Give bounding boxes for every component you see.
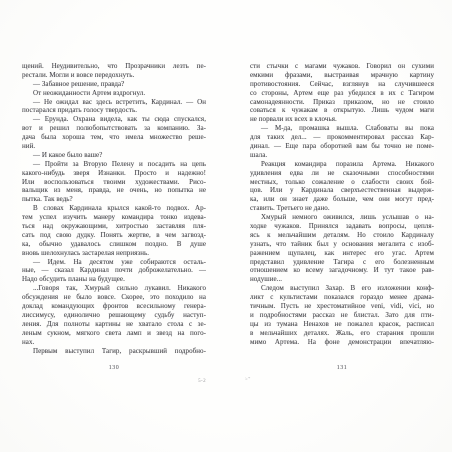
text-line: Первым выступил Тагир, раскрывший подроб… <box>22 347 206 356</box>
right-page-text: сти стычки с магами чужаков. Говорил он … <box>250 62 434 347</box>
text-line: удивления едва ли не сказочными способно… <box>250 169 434 178</box>
text-line: емкими фразами, выстраивая мрачную карти… <box>250 71 434 80</box>
text-line: нах. <box>22 338 206 347</box>
left-page-text: щений. Неудивительно, что Прозрачники ле… <box>22 62 206 355</box>
text-line: Хмурый немного оживился, лишь услышав о … <box>250 213 434 222</box>
text-line: ходке чужаков. Принялся задавать вопросы… <box>250 222 434 231</box>
text-line: пытка. Так ведь? <box>22 195 206 204</box>
text-line: нодушие... <box>250 275 434 284</box>
left-page-number: 130 <box>22 365 206 371</box>
text-line: представил удивление Тагира с его болезн… <box>250 258 434 267</box>
text-line: постарался придать голосу твердость. <box>22 106 206 115</box>
text-line: тичным. Пусть не хрестоматийное veni, vi… <box>250 302 434 311</box>
text-line: обсуждения не было вовсе. Скорее, это по… <box>22 293 206 302</box>
text-line: ражением щупалец, как интерес его угас. … <box>250 249 434 258</box>
text-line: ликт с культистами показался гораздо мен… <box>250 293 434 302</box>
text-line: дача была хороша тем, что имела множеств… <box>22 133 206 142</box>
text-line: доклад командующих фронтов всесильному г… <box>22 302 206 311</box>
text-line: — Идем. На десятом уже собираются осталь… <box>22 258 206 267</box>
text-line: и подробностями рассказ не блистал. Зато… <box>250 311 434 320</box>
text-line: для таких дел... — прокомментировал расс… <box>250 133 434 142</box>
text-line: вальщик из меня, правда, не очень, но по… <box>22 186 206 195</box>
right-signature-mark: 5* <box>245 377 251 382</box>
text-line: цы из тумана Ненахов не пожалел красок, … <box>250 320 434 329</box>
text-line: В словах Кардинала крылся какой-то подво… <box>22 204 206 213</box>
text-line: соваться к чужакам в открытую. Лишь чудо… <box>250 106 434 115</box>
book-spread-scan: щений. Неудивительно, что Прозрачники ле… <box>0 0 452 452</box>
text-line: противостояния. Сейчас, взглянув на случ… <box>250 80 434 89</box>
text-line: — Пройти за Вторую Пелену и посадить на … <box>22 160 206 169</box>
text-line: — И какое было ваше? <box>22 151 206 160</box>
text-line: в мельчайших деталях. Жаль, его старания… <box>250 329 434 338</box>
text-line: мимо Артема. На фоне демонстрации впечат… <box>250 338 434 347</box>
text-line: тем успел изучить манеру командира тонко… <box>22 213 206 222</box>
text-line: леным сукном, мягкого света ламп и звезд… <box>22 329 206 338</box>
text-line: узнать, что тайник был у основания мегал… <box>250 240 434 249</box>
text-line: ка, обычно удавалось слишком поздно. В д… <box>22 240 206 249</box>
text-line: вот и решил полюбопытствовать за компани… <box>22 124 206 133</box>
text-line: — Ерунда. Охрана видела, как ты сюда спу… <box>22 115 206 124</box>
right-page-number: 131 <box>250 365 434 371</box>
text-line: От неожиданности Артем вздрогнул. <box>22 89 206 98</box>
text-line: цов. Или у Кардинала сверхъестественная … <box>250 186 434 195</box>
text-line: сти стычки с магами чужаков. Говорил он … <box>250 62 434 71</box>
text-line: ка, или он знает даже больше, чем они мо… <box>250 195 434 204</box>
text-line: — Забавное решение, правда? <box>22 80 206 89</box>
text-line: ления. Для полноты картины не хватало ст… <box>22 320 206 329</box>
text-line: лиссимусу, единолично решающему судьбу н… <box>22 311 206 320</box>
text-line: ставить. Третьего не дано. <box>250 204 434 213</box>
text-line: местных, только сожаление о слабости сво… <box>250 178 434 187</box>
text-line: — М-да, промашка вышла. Слабоваты вы пок… <box>250 124 434 133</box>
text-line: Следом выступил Захар. В его изложении к… <box>250 284 434 293</box>
text-line: ные, — сказал Кардинал почти доброжелате… <box>22 266 206 275</box>
text-line: ний. <box>22 142 206 151</box>
text-line: Реакция командира поразила Артема. Никак… <box>250 160 434 169</box>
text-line: — Не ожидал вас здесь встретить, Кардина… <box>22 98 206 107</box>
text-line: шала. <box>250 151 434 160</box>
text-line: ясь к мельчайшим деталям. Но стоило Кард… <box>250 231 434 240</box>
text-line: какого-нибудь зверя Изнанки. Просто и на… <box>22 169 206 178</box>
text-line: ...Говоря так, Хмурый сильно лукавил. Ни… <box>22 284 206 293</box>
text-line: Или воспользоваться твоими художествами.… <box>22 178 206 187</box>
text-line: вновь шелохнулась застарелая неприязнь. <box>22 249 206 258</box>
text-line: динал. — Еще пара оборотней вам бы точно… <box>250 142 434 151</box>
text-line: самонадеянности. Приказ приказом, но не … <box>250 98 434 107</box>
text-line: отношением ко всему загадочному. И тут т… <box>250 266 434 275</box>
left-signature-mark: 5-2 <box>22 379 206 384</box>
text-line: рестали. Могли и вовсе передохнуть. <box>22 71 206 80</box>
text-line: ться над окружающими, хитростью заставля… <box>22 222 206 231</box>
text-line: щений. Неудивительно, что Прозрачники ле… <box>22 62 206 71</box>
text-line: не порвали их всех в клочья. <box>250 115 434 124</box>
text-line: со стороны, Артем еще раз убедился в их … <box>250 89 434 98</box>
text-line: сать под свою дудку. Понять жертве, в че… <box>22 231 206 240</box>
text-line: Надо обсудить планы на будущее. <box>22 275 206 284</box>
